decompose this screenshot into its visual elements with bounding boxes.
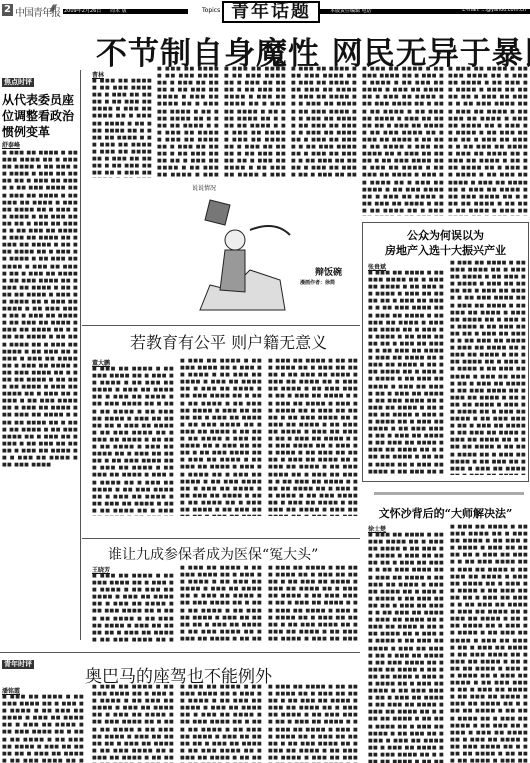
bottom-story-body-col1: ■ ■■■ ■■ ■■■■ ■ ■■ ■■■ ■■■■ ■■ ■ ■■■ ■■ … (2, 694, 84, 763)
lower-story-body-col3: ■ ■■■ ■■ ■■■■ ■ ■■ ■■■ ■■■■ ■■ ■ ■■■ ■■ … (268, 565, 358, 643)
main-story-body-col2: ■ ■■■ ■■ ■■■■ ■ ■■ ■■■ ■■■■ ■■ ■ ■■■ ■■ … (157, 66, 219, 178)
contact-info: 本版责任编辑 电话 (330, 7, 372, 14)
right-mid-body-col2: ■ ■■■ ■■ ■■■■ ■ ■■ ■■■ ■■■■ ■■ ■ ■■■ ■■ … (450, 524, 528, 763)
bottom-story-body-col4: ■ ■■■ ■■ ■■■■ ■ ■■ ■■■ ■■■■ ■■ ■ ■■■ ■■ … (268, 684, 358, 763)
right-mid-body-col1: ■ ■■■ ■■ ■■■■ ■ ■■ ■■■ ■■■■ ■■ ■ ■■■ ■■ … (368, 532, 444, 763)
right-top-body-col1: ■ ■■■ ■■ ■■■■ ■ ■■ ■■■ ■■■■ ■■ ■ ■■■ ■■ … (368, 270, 444, 475)
main-story-body-col1: ■ ■■■ ■■ ■■■■ ■ ■■ ■■■ ■■■■ ■■ ■ ■■■ ■■ … (92, 78, 152, 178)
masthead: 2 中国青年报 //// 2009年2月26日 周末 版 Topics 青年话题… (0, 0, 530, 22)
cartoon-speech-bubble: 说说情况 (192, 185, 216, 192)
main-story-body-col4: ■ ■■■ ■■ ■■■■ ■ ■■ ■■■ ■■■■ ■■ ■ ■■■ ■■ … (291, 66, 357, 178)
right-top-headline-line2: 房地产入选十大振兴产业 (362, 243, 529, 258)
right-mid-rule (374, 492, 524, 495)
right-top-body-col2: ■ ■■■ ■■ ■■■■ ■ ■■ ■■■ ■■■■ ■■ ■ ■■■ ■■ … (450, 260, 526, 475)
right-mid-headline: 文怀沙背后的“大师解决法” (362, 505, 529, 521)
left-column-headline: 从代表委员座位调整看政治惯例变革 (2, 92, 80, 140)
middle-story-rule (82, 325, 360, 326)
section-title: 青年话题 (222, 1, 320, 23)
left-column-byline: 舒泰峰 (2, 140, 20, 149)
editorial-cartoon (190, 180, 295, 320)
cartoon-title: 辩饭碗 (315, 265, 342, 278)
middle-story-body-col3: ■ ■■■ ■■ ■■■■ ■ ■■ ■■■ ■■■■ ■■ ■ ■■■ ■■ … (268, 358, 358, 516)
page-number: 2 (2, 4, 13, 16)
left-column-rule (80, 70, 81, 640)
issue-editor: 周末 版 (110, 7, 127, 14)
bottom-story-body-col2: ■ ■■■ ■■ ■■■■ ■ ■■ ■■■ ■■■■ ■■ ■ ■■■ ■■ … (92, 684, 174, 763)
issue-date: 2009年2月26日 (64, 7, 101, 14)
topics-label: Topics (200, 7, 222, 14)
right-top-headline-line1: 公众为何误以为 (362, 228, 529, 243)
middle-story-body-col1: ■ ■■■ ■■ ■■■■ ■ ■■ ■■■ ■■■■ ■■ ■ ■■■ ■■ … (92, 366, 174, 516)
main-story-body-col3: ■ ■■■ ■■ ■■■■ ■ ■■ ■■■ ■■■■ ■■ ■ ■■■ ■■ … (224, 66, 286, 178)
cartoon-illustration-icon (190, 180, 295, 320)
cartoon-caption: 漫画作者：徐简 (300, 280, 362, 287)
bottom-story-tag: 青年时评 (2, 660, 34, 669)
main-story-body-col6: ■ ■■■ ■■ ■■■■ ■ ■■ ■■■ ■■■■ ■■ ■ ■■■ ■■ … (448, 66, 528, 216)
middle-story-headline: 若教育有公平 则户籍无意义 (130, 330, 327, 353)
lower-story-headline: 谁让九成参保者成为医保“冤大头” (108, 544, 318, 564)
bottom-story-rule (0, 652, 360, 653)
lower-story-body-col2: ■ ■■■ ■■ ■■■■ ■ ■■ ■■■ ■■■■ ■■ ■ ■■■ ■■ … (180, 565, 262, 643)
lower-story-rule (82, 538, 360, 539)
contact-email: E-mail: ...@yahoo.com.cn (462, 7, 526, 13)
main-story-body-col5: ■ ■■■ ■■ ■■■■ ■ ■■ ■■■ ■■■■ ■■ ■ ■■■ ■■ … (362, 66, 444, 216)
left-column-body: ■ ■■■ ■■ ■■■■ ■ ■■ ■■■ ■■■■ ■■ ■ ■■■ ■■ … (2, 150, 78, 640)
left-column-tag: 焦点时评 (2, 78, 34, 87)
bottom-story-body-col3: ■ ■■■ ■■ ■■■■ ■ ■■ ■■■ ■■■■ ■■ ■ ■■■ ■■ … (180, 684, 262, 763)
lower-story-body-col1: ■ ■■■ ■■ ■■■■ ■ ■■ ■■■ ■■■■ ■■ ■ ■■■ ■■ … (92, 573, 174, 643)
middle-story-body-col2: ■ ■■■ ■■ ■■■■ ■ ■■ ■■■ ■■■■ ■■ ■ ■■■ ■■ … (180, 358, 262, 516)
masthead-slashes: //// (50, 4, 54, 14)
